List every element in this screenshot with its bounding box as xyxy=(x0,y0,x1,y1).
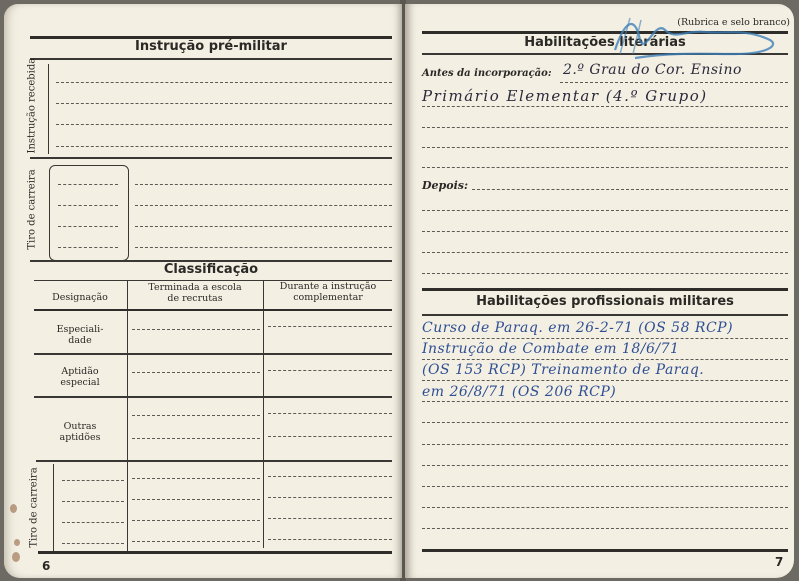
label-before-incorporation: Antes da incorporação: xyxy=(422,68,552,79)
column-divider-1 xyxy=(127,280,128,552)
age-stain xyxy=(14,539,20,546)
input-lower-shooting-recruit-3[interactable] xyxy=(132,520,260,521)
input-shooting-date-4[interactable] xyxy=(58,247,118,248)
column-header-complementary: Durante a instrução complementar xyxy=(264,281,392,303)
input-aptitude-complementary[interactable] xyxy=(268,370,392,371)
input-other-recruit-2[interactable] xyxy=(132,438,260,439)
input-shooting-result-4[interactable] xyxy=(135,247,392,248)
page-number: 7 xyxy=(775,555,783,569)
input-shooting-result-2[interactable] xyxy=(135,205,392,206)
header-line: Durante a instrução xyxy=(264,281,392,292)
row-rule xyxy=(34,353,392,355)
section-title-professional: Habilitações profissionais militares xyxy=(422,294,788,309)
label-instruction-received: Instrução recebida xyxy=(27,62,38,154)
professional-entry: Instrução de Combate em 18/6/71 xyxy=(422,341,679,357)
input-lower-shooting-complementary-2[interactable] xyxy=(268,497,392,498)
input-line-professional-4[interactable] xyxy=(422,401,788,402)
label-line: dade xyxy=(34,335,126,346)
input-lower-shooting-4[interactable] xyxy=(62,543,124,544)
input-line-after-4[interactable] xyxy=(422,252,788,253)
input-line-professional-7[interactable] xyxy=(422,465,788,466)
input-shooting-date-1[interactable] xyxy=(58,184,118,185)
section-title-classification: Classificação xyxy=(30,262,392,277)
input-line-professional-10[interactable] xyxy=(422,528,788,529)
input-other-complementary-2[interactable] xyxy=(268,436,392,437)
header-rule xyxy=(34,309,392,311)
input-line-before-5[interactable] xyxy=(422,167,788,168)
input-lower-shooting-recruit-1[interactable] xyxy=(132,478,260,479)
value-before-incorporation-line1: 2.º Grau do Cor. Ensino xyxy=(563,62,742,78)
header-line: complementar xyxy=(264,292,392,303)
column-header-designation: Designação xyxy=(34,292,126,303)
signature-stamp xyxy=(595,10,785,62)
input-line-professional-5[interactable] xyxy=(422,422,788,423)
input-line-received-1[interactable] xyxy=(56,82,392,83)
row-label-special-aptitude: Aptidão especial xyxy=(34,366,126,388)
row-rule xyxy=(36,460,392,462)
label-shooting-career: Tiro de carreira xyxy=(27,168,38,252)
input-line-before-3[interactable] xyxy=(422,127,788,128)
input-lower-shooting-recruit-2[interactable] xyxy=(132,499,260,500)
column-header-recruit-school: Terminada a escola de recrutas xyxy=(128,282,262,304)
rule xyxy=(30,58,392,60)
section-title-pre-military: Instrução pré-militar xyxy=(30,39,392,54)
label-line: Outras xyxy=(34,421,126,432)
row-label-specialty: Especiali- dade xyxy=(34,324,126,346)
page-number: 6 xyxy=(42,559,50,573)
rule xyxy=(422,288,788,291)
input-line-after-3[interactable] xyxy=(422,231,788,232)
rule xyxy=(30,157,392,159)
value-before-incorporation-line2: Primário Elementar (4.º Grupo) xyxy=(422,87,708,105)
row-label-other-aptitudes: Outras aptidões xyxy=(34,421,126,443)
divider xyxy=(53,464,54,554)
input-specialty-complementary[interactable] xyxy=(268,326,392,327)
right-page: (Rubrica e selo branco) Habilitações lit… xyxy=(405,4,794,578)
input-specialty-recruit[interactable] xyxy=(132,329,260,330)
label-line: aptidões xyxy=(34,432,126,443)
input-line-before-2[interactable] xyxy=(422,106,788,107)
input-shooting-result-1[interactable] xyxy=(135,184,392,185)
input-lower-shooting-2[interactable] xyxy=(62,501,124,502)
age-stain xyxy=(10,504,17,513)
input-line-professional-1[interactable] xyxy=(422,338,788,339)
left-page: Instrução pré-militar Instrução recebida… xyxy=(4,4,402,578)
input-aptitude-recruit[interactable] xyxy=(132,372,260,373)
input-lower-shooting-complementary-4[interactable] xyxy=(268,539,392,540)
input-line-professional-6[interactable] xyxy=(422,444,788,445)
input-lower-shooting-1[interactable] xyxy=(62,480,124,481)
label-line: especial xyxy=(34,377,126,388)
input-line-received-2[interactable] xyxy=(56,103,392,104)
input-other-recruit-1[interactable] xyxy=(132,415,260,416)
input-lower-shooting-3[interactable] xyxy=(62,522,124,523)
input-lower-shooting-recruit-4[interactable] xyxy=(132,541,260,542)
input-line-received-3[interactable] xyxy=(56,124,392,125)
professional-entry: Curso de Paraq. em 26-2-71 (OS 58 RCP) xyxy=(422,320,733,336)
label-after: Depois: xyxy=(422,179,468,192)
input-line-before-4[interactable] xyxy=(422,147,788,148)
input-line-professional-9[interactable] xyxy=(422,507,788,508)
input-shooting-date-3[interactable] xyxy=(58,226,118,227)
input-other-complementary-1[interactable] xyxy=(268,413,392,414)
label-shooting-career-lower: Tiro de carreira xyxy=(29,466,40,550)
divider xyxy=(48,64,49,154)
input-line-after-5[interactable] xyxy=(422,273,788,274)
column-divider-2 xyxy=(263,280,264,548)
input-line-before-1[interactable] xyxy=(560,82,788,83)
bottom-rule xyxy=(422,549,788,552)
professional-entry: (OS 153 RCP) Treinamento de Paraq. xyxy=(422,362,704,378)
input-line-professional-3[interactable] xyxy=(422,380,788,381)
bottom-rule xyxy=(38,551,392,554)
input-shooting-date-2[interactable] xyxy=(58,205,118,206)
input-line-professional-2[interactable] xyxy=(422,359,788,360)
input-line-professional-8[interactable] xyxy=(422,486,788,487)
age-stain xyxy=(12,552,20,562)
header-line: Terminada a escola xyxy=(128,282,262,293)
input-shooting-result-3[interactable] xyxy=(135,226,392,227)
header-line: de recrutas xyxy=(128,293,262,304)
row-rule xyxy=(34,396,392,398)
input-line-after-1[interactable] xyxy=(472,189,788,190)
professional-entry: em 26/8/71 (OS 206 RCP) xyxy=(422,384,616,400)
input-lower-shooting-complementary-3[interactable] xyxy=(268,518,392,519)
rule xyxy=(422,314,788,316)
input-lower-shooting-complementary-1[interactable] xyxy=(268,476,392,477)
input-line-after-2[interactable] xyxy=(422,210,788,211)
label-line: Aptidão xyxy=(34,366,126,377)
label-line: Especiali- xyxy=(34,324,126,335)
input-line-received-4[interactable] xyxy=(56,146,392,147)
